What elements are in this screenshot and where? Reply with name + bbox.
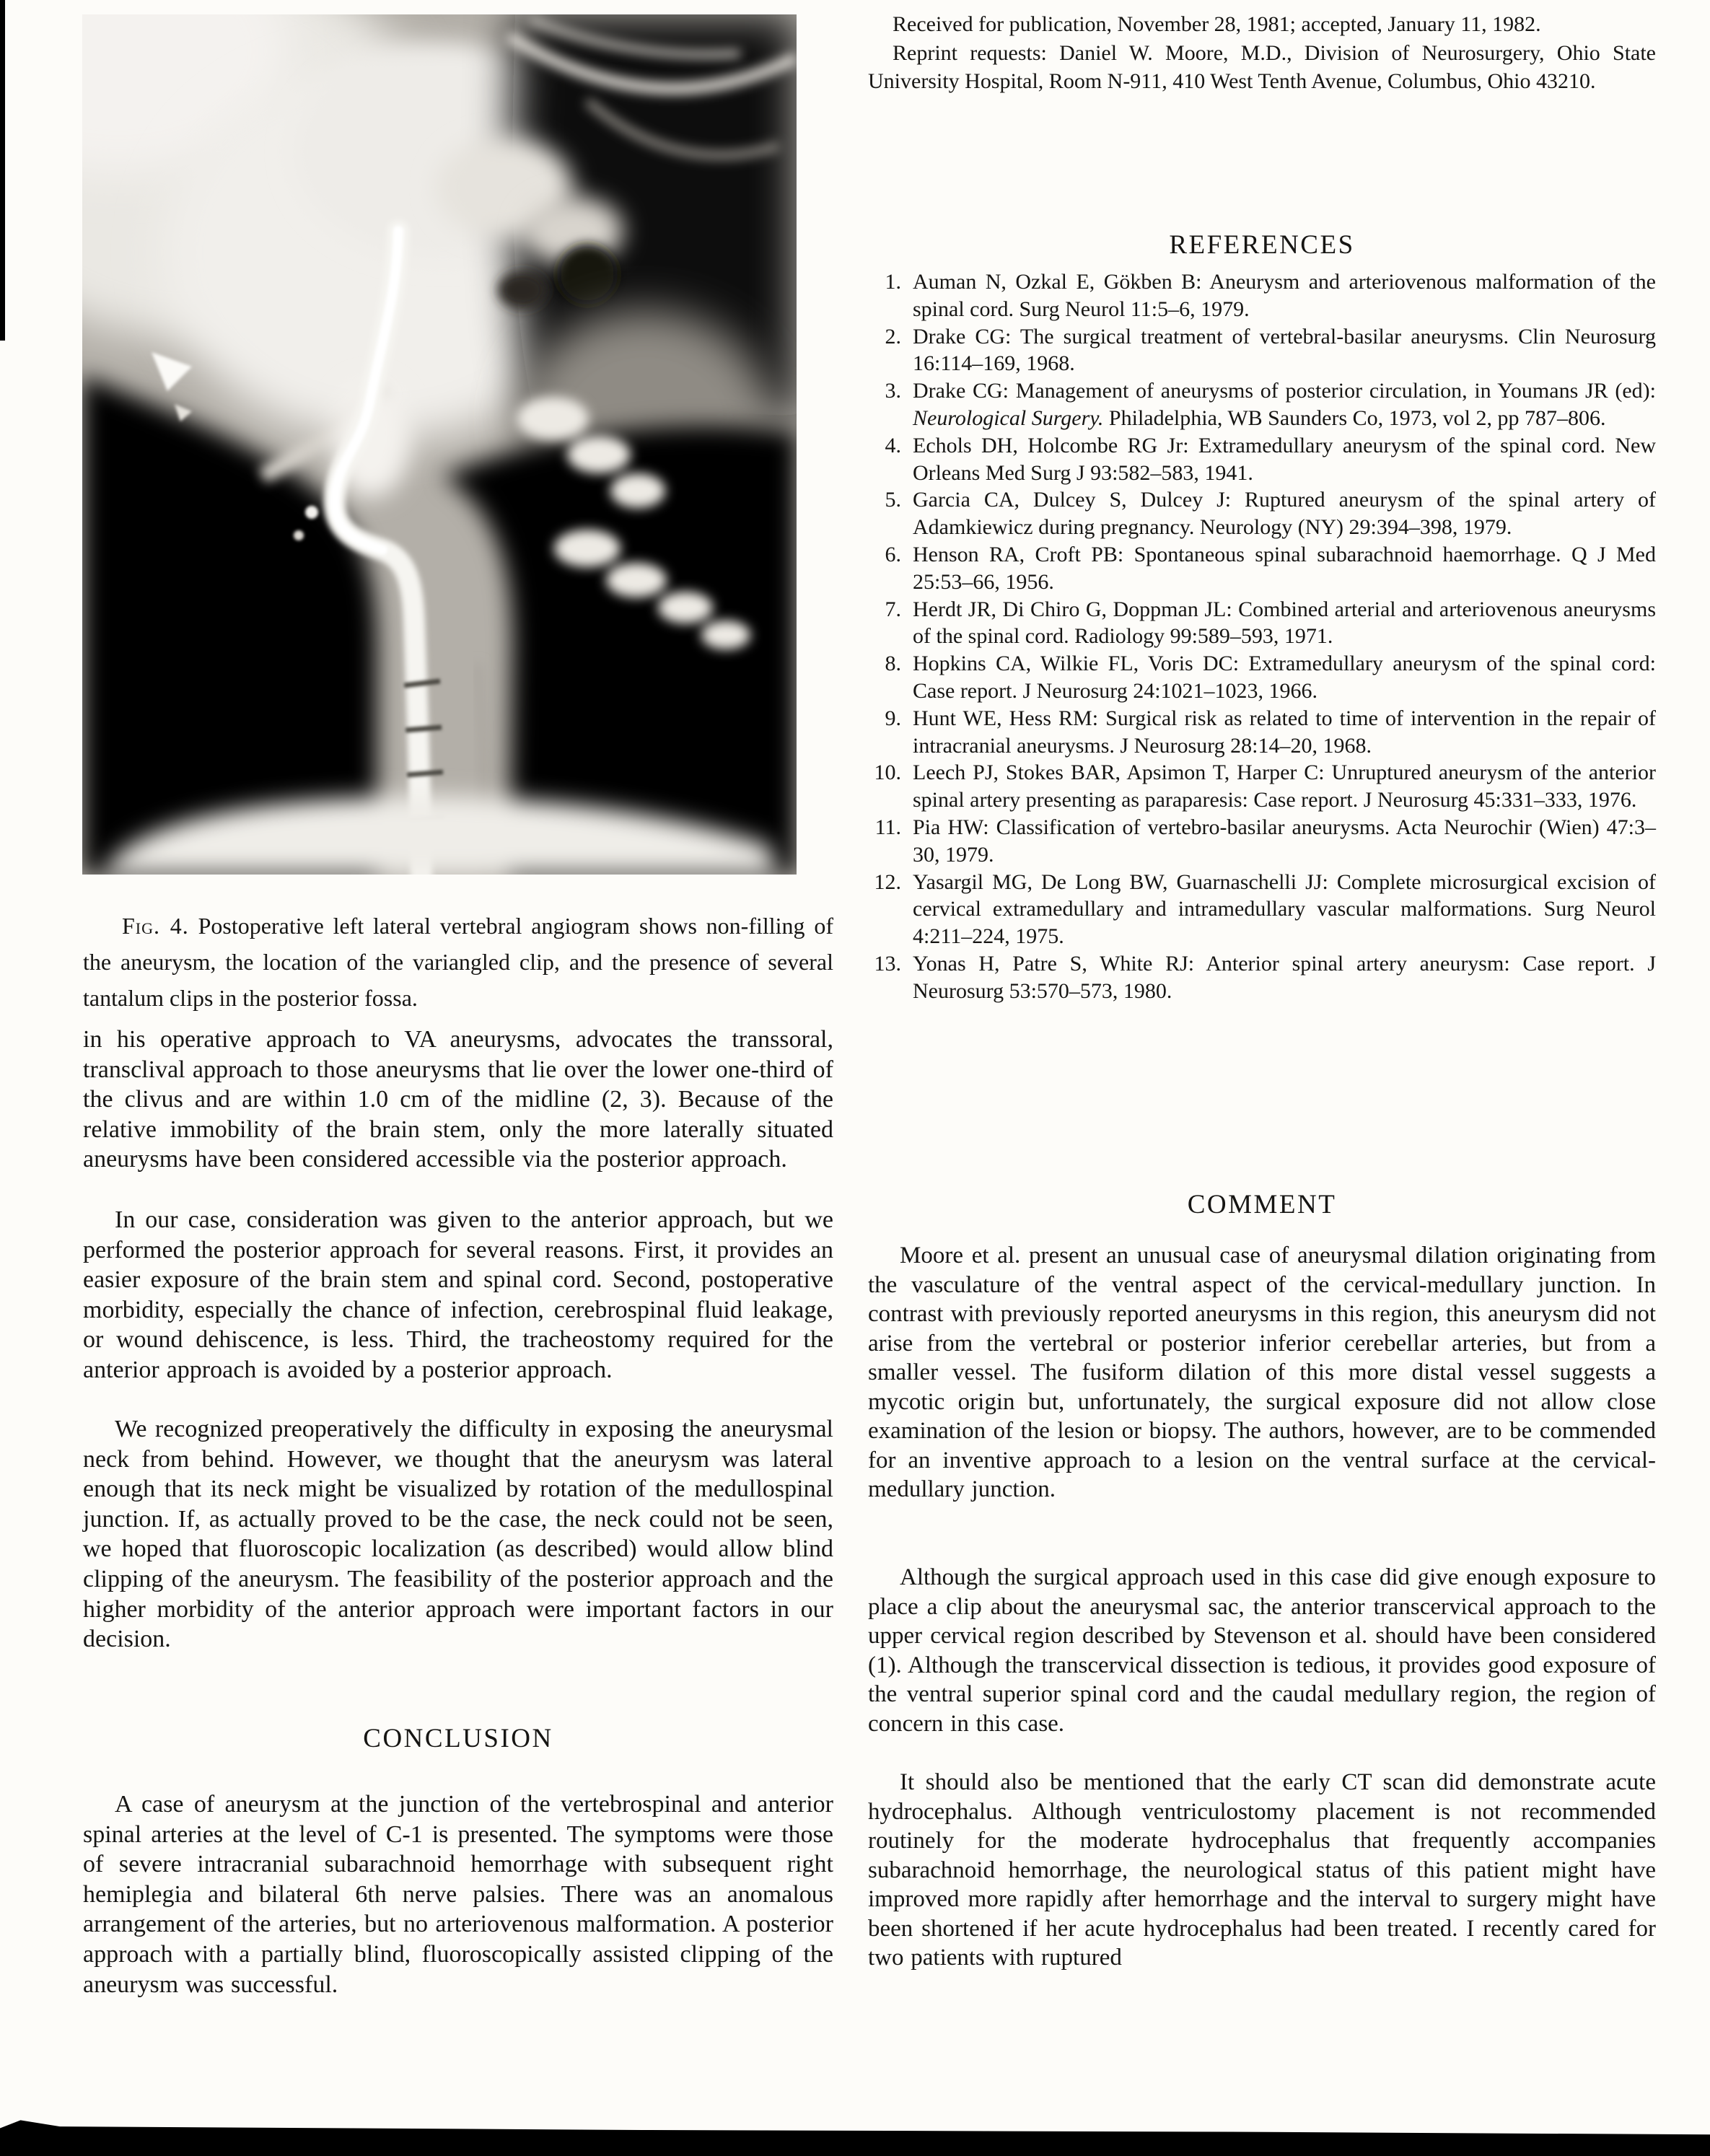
reference-item: 3.Drake CG: Management of aneurysms of p… — [868, 377, 1656, 432]
reference-item: 10.Leech PJ, Stokes BAR, Apsimon T, Harp… — [868, 759, 1656, 814]
reference-text: Yonas H, Patre S, White RJ: Anterior spi… — [913, 952, 1656, 1003]
reference-item: 6.Henson RA, Croft PB: Spontaneous spina… — [868, 541, 1656, 596]
reference-item: 8.Hopkins CA, Wilkie FL, Voris DC: Extra… — [868, 650, 1656, 705]
references-heading: REFERENCES — [868, 229, 1656, 260]
reference-number: 3. — [868, 377, 901, 405]
reference-text: Hunt WE, Hess RM: Surgical risk as relat… — [913, 706, 1656, 758]
reference-item: 5.Garcia CA, Dulcey S, Dulcey J: Rupture… — [868, 486, 1656, 541]
received-note: Received for publication, November 28, 1… — [868, 10, 1656, 39]
reference-text: Pia HW: Classification of vertebro-basil… — [913, 815, 1656, 867]
reference-text: Auman N, Ozkal E, Gökben B: Aneurysm and… — [913, 270, 1656, 321]
reprint-note: Reprint requests: Daniel W. Moore, M.D.,… — [868, 39, 1656, 96]
figure-caption: Fig. 4. Postoperative left lateral verte… — [83, 908, 833, 1016]
comment-heading: COMMENT — [868, 1189, 1656, 1220]
reference-number: 10. — [868, 759, 901, 786]
reference-number: 7. — [868, 596, 901, 623]
reference-text: Yasargil MG, De Long BW, Guarnaschelli J… — [913, 870, 1656, 949]
comment-paragraph-2: Although the surgical approach used in t… — [868, 1563, 1656, 1738]
reference-text: Drake CG: Management of aneurysms of pos… — [913, 379, 1656, 403]
left-paragraph-1: in his operative approach to VA aneurysm… — [83, 1025, 833, 1175]
angiogram-image — [82, 14, 797, 875]
reference-text: Hopkins CA, Wilkie FL, Voris DC: Extrame… — [913, 652, 1656, 703]
scan-edge-artifact — [0, 0, 5, 341]
reference-number: 8. — [868, 650, 901, 678]
reference-number: 6. — [868, 541, 901, 569]
reference-text: Drake CG: The surgical treatment of vert… — [913, 325, 1656, 376]
reference-number: 4. — [868, 432, 901, 460]
reference-number: 12. — [868, 869, 901, 896]
left-paragraph-2: In our case, consideration was given to … — [83, 1205, 833, 1385]
reference-text: Herdt JR, Di Chiro G, Doppman JL: Combin… — [913, 597, 1656, 649]
figure-label: Fig. 4. — [122, 913, 189, 939]
reference-text-italic: Neurological Surgery. — [913, 406, 1103, 430]
reference-item: 2.Drake CG: The surgical treatment of ve… — [868, 323, 1656, 378]
reference-text: Henson RA, Croft PB: Spontaneous spinal … — [913, 543, 1656, 594]
reference-number: 13. — [868, 950, 901, 978]
reference-item: 1.Auman N, Ozkal E, Gökben B: Aneurysm a… — [868, 268, 1656, 323]
conclusion-paragraph: A case of aneurysm at the junction of th… — [83, 1789, 833, 1999]
conclusion-heading: CONCLUSION — [83, 1723, 833, 1754]
reference-text: Leech PJ, Stokes BAR, Apsimon T, Harper … — [913, 761, 1656, 812]
reference-number: 11. — [868, 814, 901, 841]
reference-item: 4.Echols DH, Holcombe RG Jr: Extramedull… — [868, 432, 1656, 487]
reference-text: Garcia CA, Dulcey S, Dulcey J: Ruptured … — [913, 488, 1656, 539]
comment-paragraph-3: It should also be mentioned that the ear… — [868, 1768, 1656, 1973]
left-paragraph-3: We recognized preoperatively the difficu… — [83, 1414, 833, 1655]
reference-item: 9.Hunt WE, Hess RM: Surgical risk as rel… — [868, 705, 1656, 760]
figure-caption-text: Postoperative left lateral vertebral ang… — [83, 913, 833, 1011]
reference-text: Philadelphia, WB Saunders Co, 1973, vol … — [1103, 406, 1605, 430]
reference-item: 13.Yonas H, Patre S, White RJ: Anterior … — [868, 950, 1656, 1005]
scan-bottom-edge-artifact — [0, 2111, 1710, 2156]
reference-number: 2. — [868, 323, 901, 351]
reference-number: 9. — [868, 705, 901, 732]
comment-paragraph-1: Moore et al. present an unusual case of … — [868, 1241, 1656, 1504]
front-matter: Received for publication, November 28, 1… — [868, 10, 1656, 96]
reference-item: 12.Yasargil MG, De Long BW, Guarnaschell… — [868, 869, 1656, 950]
reference-item: 7.Herdt JR, Di Chiro G, Doppman JL: Comb… — [868, 596, 1656, 651]
reference-number: 5. — [868, 486, 901, 514]
angiogram-xray-graphic — [82, 14, 797, 875]
reference-number: 1. — [868, 268, 901, 296]
reference-list: 1.Auman N, Ozkal E, Gökben B: Aneurysm a… — [868, 268, 1656, 1005]
reference-item: 11.Pia HW: Classification of vertebro-ba… — [868, 814, 1656, 869]
journal-page: Fig. 4. Postoperative left lateral verte… — [0, 0, 1710, 2156]
reference-text: Echols DH, Holcombe RG Jr: Extramedullar… — [913, 434, 1656, 485]
